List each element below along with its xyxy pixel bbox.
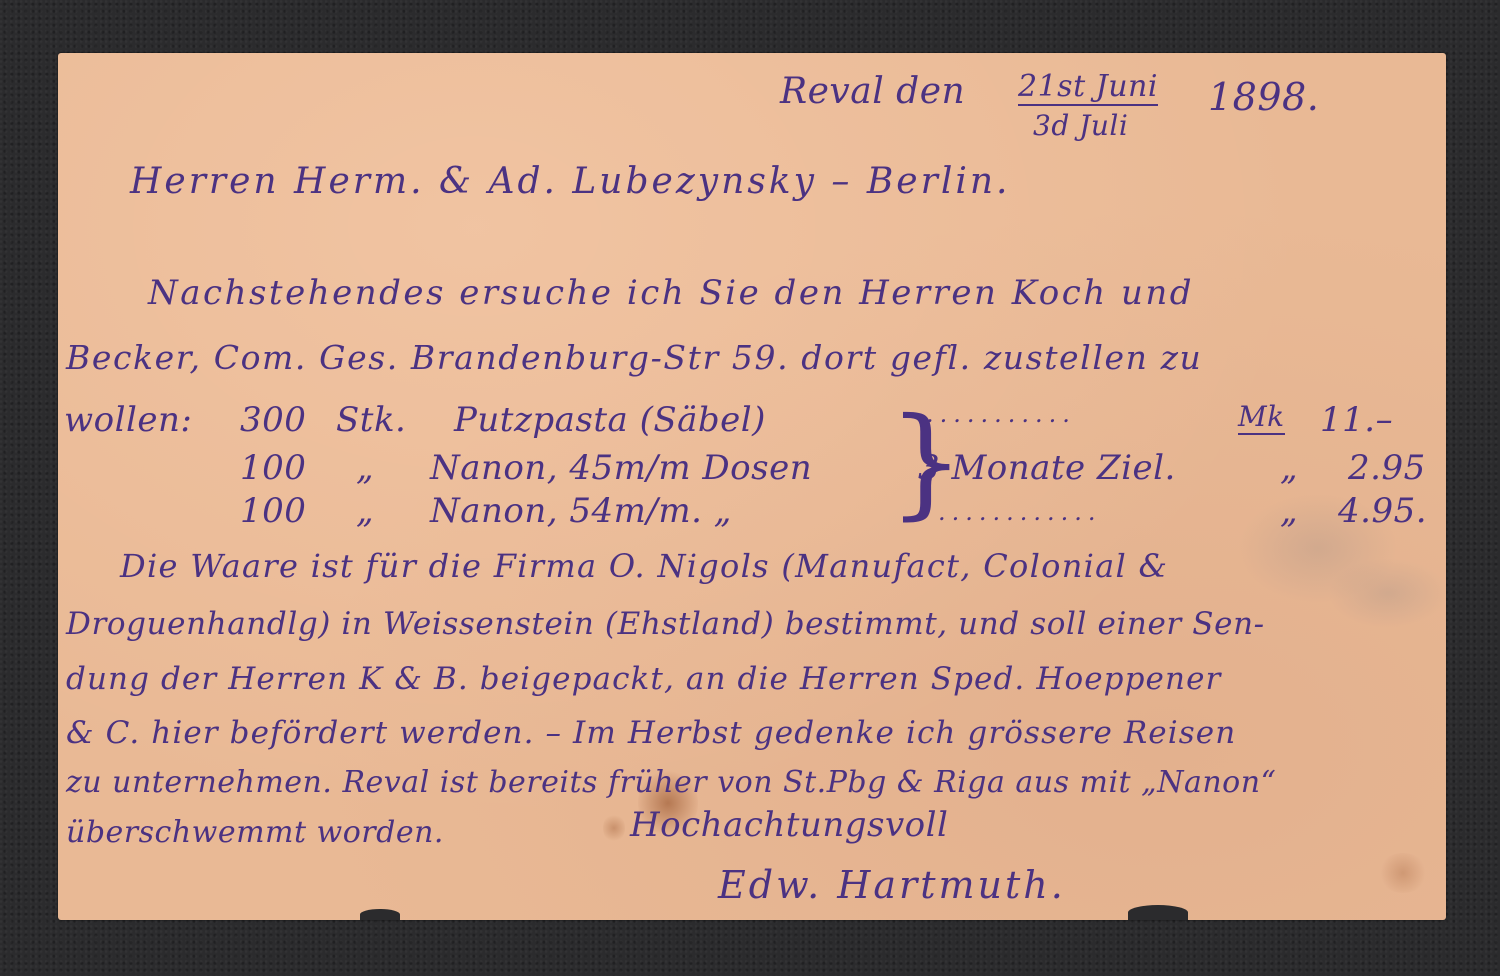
order-currency: Mk <box>1238 400 1285 435</box>
pencil-smudge-2 <box>1328 558 1448 628</box>
dateline-date-new-style: 3d Juli <box>1033 109 1128 142</box>
edge-notch <box>360 909 400 920</box>
order-price: 2.95 <box>1348 448 1426 488</box>
paragraph-line-4: & C. hier befördert werden. – Im Herbst … <box>66 715 1236 751</box>
order-item: Nanon, 45m/m Dosen <box>430 448 812 488</box>
dateline-year: 1898. <box>1208 75 1319 119</box>
order-price: 4.95. <box>1338 491 1427 531</box>
edge-notch <box>1128 905 1188 920</box>
dateline-place: Reval den <box>780 71 965 112</box>
paragraph-line-5: zu unternehmen. Reval ist bereits früher… <box>66 765 1276 800</box>
closing: Hochachtungsvoll <box>630 805 948 845</box>
body-line-2: Becker, Com. Ges. Brandenburg-Str 59. do… <box>66 338 1202 377</box>
ink-stain-small <box>603 813 625 843</box>
signature: Edw. Hartmuth. <box>718 863 1066 907</box>
order-unit: „ <box>356 491 374 531</box>
salutation: Herren Herm. & Ad. Lubezynsky – Berlin. <box>130 161 1010 202</box>
order-price: 11.– <box>1320 400 1393 440</box>
order-item: Nanon, 54m/m. „ <box>430 491 732 531</box>
body-line-3-prefix: wollen: <box>64 400 192 440</box>
payment-terms: 3 Monate Ziel. <box>918 448 1176 488</box>
foxing-spot <box>1378 853 1428 893</box>
paragraph-line-1: Die Waare ist für die Firma O. Nigols (M… <box>120 547 1168 585</box>
postcard: Reval den 21st Juni 3d Juli 1898. Herren… <box>58 53 1446 920</box>
order-qty: 100 <box>240 491 306 531</box>
order-qty: 100 <box>240 448 306 488</box>
order-unit: „ <box>356 448 374 488</box>
paragraph-line-3: dung der Herren K & B. beigepackt, an di… <box>66 661 1221 697</box>
paragraph-line-6: überschwemmt worden. <box>66 815 444 850</box>
order-qty: 300 <box>240 400 306 440</box>
order-currency: „ <box>1280 448 1298 488</box>
order-item: Putzpasta (Säbel) <box>454 400 766 440</box>
paragraph-line-2: Droguenhandlg) in Weissenstein (Ehstland… <box>66 606 1265 642</box>
body-line-1: Nachstehendes ersuche ich Sie den Herren… <box>148 273 1194 313</box>
dateline-date-old-style: 21st Juni <box>1018 69 1158 106</box>
order-currency: „ <box>1280 491 1298 531</box>
order-unit: Stk. <box>336 400 406 440</box>
